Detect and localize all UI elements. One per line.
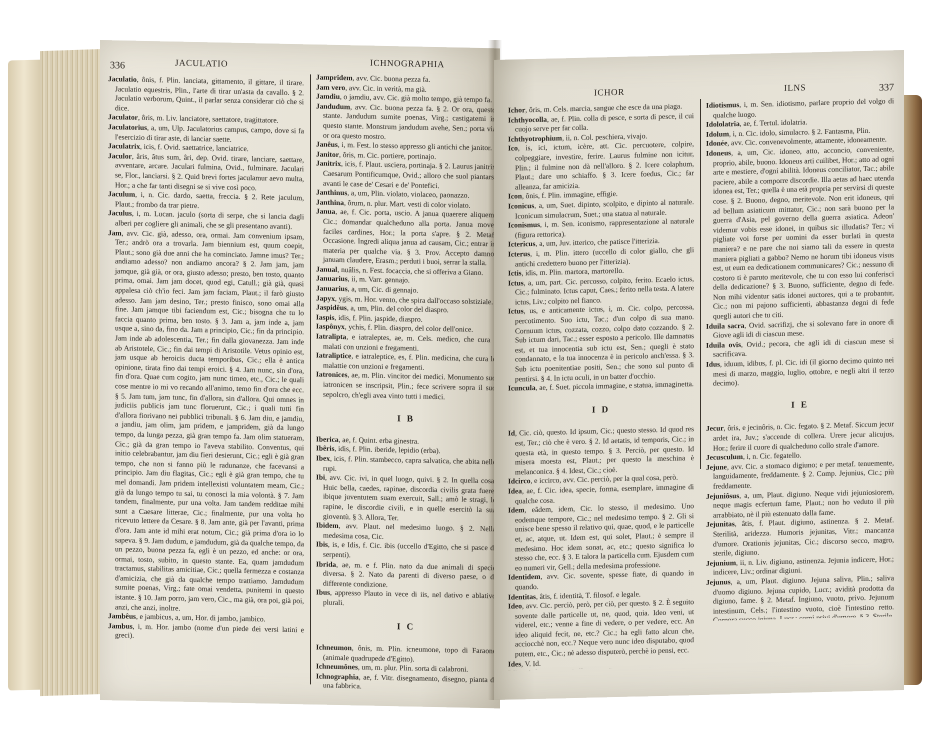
dictionary-column: Ichor, ôris, m. Cels. marcia, sangue che… [508,101,694,671]
section-heading: I E [706,398,894,412]
headword: Janual [316,264,337,273]
headword: Jejunium [706,558,736,568]
open-book-photo: 336 JACULATIO ICHNOGRAPHIA Jaculatio, ôn… [0,0,934,750]
definition: , i, n. Cic. dardo, saetta, freccia. § 2… [115,190,304,210]
headword: Jaculatrix [108,141,140,151]
definition: , ônis, f. Plin. lanciata, gittamento, i… [115,75,304,113]
definition: , a, um, Plaut. digiuno. Jejuna saliva, … [713,573,894,621]
definition: , icis, f. Plaut. usciera, portinaja. § … [323,159,496,189]
definition: , ôris, e jecinôris, n. Cic. fegato. § 2… [713,420,894,453]
headword: Jaspidêus [316,303,347,313]
headword: Idea [508,486,522,495]
headword: Jamdiu [316,92,340,101]
definition: , ae, f. Cic. porta, uscio. A janua quae… [323,207,496,267]
headword: Jam vero [316,82,345,92]
column-rule [310,74,311,684]
left-page: 336 JACULATIO ICHNOGRAPHIA Jaculatio, ôn… [100,40,500,708]
headword: Ichthyocolla [508,114,547,124]
dictionary-entry: Id, Cic. ciò, questo. Id ipsum, Cic.; qu… [508,425,694,478]
headword: Icon [508,192,522,201]
dictionary-column: Idiotismus, i, m. Sen. idiotismo, parlar… [706,96,894,621]
headword: Identidem [508,572,540,582]
running-head: JACULATIO [175,58,228,69]
headword: Iaspônyx [316,322,345,332]
dictionary-entry: Ictus, us, e anticamente ictus, i, m. Ci… [508,303,694,384]
headword: Idem [508,505,524,514]
headword: Iberica [316,434,339,443]
running-head: ICHOR [594,87,625,98]
headword: Janua [316,207,335,216]
definition: , a, um, Plaut. digiuno. Neque vidi jeju… [713,487,894,520]
headword: Ictus [508,278,524,287]
right-page: ICHOR ILNS 337 Ichor, ôris, m. Cels. mar… [494,50,904,700]
headword: Identitas [508,591,536,601]
section-heading: I D [508,403,694,417]
headword: Ibrida [316,559,336,568]
running-head: ICHNOGRAPHIA [370,58,445,70]
headword: Icuncula [508,383,536,393]
headword: Jaculor [108,151,132,160]
definition: , iduum, idibus, f. pl. Cic. idi (il gio… [713,355,894,388]
headword: Iconismus [508,220,540,230]
dictionary-entry: Janitrix, icis, f. Plaut. usciera, porti… [316,159,496,192]
dictionary-entry: Janua, ae, f. Cic. porta, uscio. A janua… [316,207,496,268]
definition: , is, ici, ictum, icère, att. Cic. percu… [515,140,694,192]
headword: Ichor [508,105,525,114]
dictionary-entry: Ico, is, ici, ictum, icère, att. Cic. pe… [508,140,694,193]
headword: Jaculum [108,189,135,199]
page-edges-left [40,49,106,696]
headword: Janthinus [316,188,347,198]
dictionary-entry: Ibrida, ae, m. e f. Plin. nato da due an… [316,559,496,592]
dictionary-entry: Jecur, ôris, e jecinôris, n. Cic. fegato… [706,420,894,453]
definition: , âris, âtus sum, âri, dep. Ovid. tirare… [115,151,304,191]
dictionary-entry: Ichnographia, ae, f. Vitr. disegnamento,… [316,671,496,691]
headword: Jecusculum [706,452,743,462]
headword: Japyx [316,293,335,302]
dictionary-entry: Jandudum, avv. Cic. buona pezza fa. § 2.… [316,101,496,143]
headword: Idiogrâphus [508,668,547,671]
definition: , avv. Cic. perciò, però, per ciò, per q… [515,597,694,658]
headword: Iconicus [508,201,534,211]
headword: Ibêris [316,444,334,453]
headword: Ibex [316,453,330,462]
headword: Ictus [508,307,524,316]
dictionary-entry: Jejunus, a, um, Plaut. digiuno. Jejuna s… [706,573,894,621]
headword: Jecur [706,424,724,433]
definition: , e iatraleptes, ae, m. Cels. medico, ch… [323,332,496,352]
headword: Jambus [108,621,133,631]
definition: , ae, m. Plin. vincitor dei medici. Monu… [323,371,496,401]
headword: Jejunitas [706,519,735,529]
headword: Idiotismus [706,100,739,110]
definition: , ae, m. e f. Plin. nato da due animali … [323,559,496,588]
headword: Id [508,429,515,438]
headword: Jandudum [316,101,350,111]
dictionary-entry: Jejune, avv. Cic. a stomaco digiuno; e p… [706,458,894,491]
headword: Iduila ovis [706,340,741,350]
definition: , is, e Idis, f. Cic. ibis (uccello d'Eg… [323,540,496,559]
headword: Ibidem [316,521,339,530]
headword: Idolum [706,129,729,139]
dictionary-column: Jaculatio, ônis, f. Plin. lanciata, gitt… [108,74,304,678]
dictionary-entry: Jam, avv. Cic. già, adesso, ora, ormai. … [108,228,304,616]
headword: Iatraliptice [316,351,351,361]
headword: Iatralipta [316,332,346,342]
headword: Ictis [508,268,522,277]
dictionary-entry: Jejuniôsus, a, um, Plaut. digiuno. Neque… [706,487,894,520]
dictionary-entry: Idem, eâdem, idem, Cic. lo stesso, il me… [508,501,694,573]
definition: , avv. Cic. già, adesso, ora, ormai. Jam… [115,228,304,612]
dictionary-column: Jampridem, avv. Cic. buona pezza fa.Jam … [316,73,496,692]
headword: Icterus [508,249,530,259]
headword: Ibus [316,588,330,597]
headword: Jaculatio [108,74,137,84]
definition: , a, um, Cic. idoneo, atto, acconcio, co… [713,144,894,321]
definition: , eâdem, idem, Cic. lo stesso, il medesi… [515,501,694,572]
definition: , us, e anticamente ictus, i, m. Cic. co… [515,303,694,384]
headword: Januarius [316,284,348,294]
headword: Iaspis [316,312,335,321]
page-number: 336 [110,60,125,71]
headword: Jejuniôsus [706,491,739,501]
dictionary-entry: Jejunitas, âtis, f. Plaut. digiuno, asti… [706,516,894,559]
headword: Jam [108,228,122,237]
running-head: ILNS [784,82,806,93]
page-number: 337 [879,82,894,93]
headword: Jaculus [108,208,132,217]
headword: Ibi [316,473,325,482]
column-rule [700,99,701,469]
headword: Ichneumônes [316,662,358,672]
dictionary-entry: Iatronices, ae, m. Plin. vincitor dei me… [316,370,496,403]
headword: Ides [508,659,521,668]
headword: Ichneumon [316,643,352,653]
headword: Janthina [316,197,344,207]
headword: Idcirco [508,477,530,487]
definition: , icis, f. Plin. stambecco, capra salvat… [323,454,496,473]
headword: Idus [706,360,720,369]
headword: Ico [508,144,518,153]
headword: Jejune [706,462,727,472]
dictionary-entry: Jaculor, âris, âtus sum, âri, dep. Ovid.… [108,151,304,193]
headword: Ideo [508,601,522,610]
headword: Jambêus [108,611,136,621]
definition: , Cic. ciò, questo. Id ipsum, Cic.; ques… [515,425,694,477]
headword: Janitor [316,149,339,158]
headword: Janêus [316,140,338,149]
definition: , avv. Cic. a stomaco digiuno; e per met… [713,458,894,491]
definition: , appresso Plauto in vece di iis, nel da… [323,588,496,607]
dictionary-entry: Ibus, appresso Plauto in vece di iis, ne… [316,588,496,611]
headword: Jaculatorius [108,122,147,132]
headword: Iatronices [316,370,347,380]
dictionary-entry: Jambus, i, m. Hor. jambo (nome d'un pied… [108,621,304,644]
definition: , ii, m. Varr. gennajo. [348,275,410,285]
headword: Idololatria [706,119,740,129]
headword: Janitrix [316,159,341,169]
dictionary-entry: Jaculatio, ônis, f. Plin. lanciata, gitt… [108,74,304,116]
headword: Jampridem [316,73,353,83]
section-heading: I B [316,413,496,426]
dictionary-entry: Idus, iduum, idibus, f. pl. Cic. idi (il… [706,355,894,388]
definition: , a, um, part. Cic. percosso, colpito, f… [515,274,694,307]
headword: Jejunus [706,577,731,587]
dictionary-entry: Ideo, avv. Cic. perciò, però, per ciò, p… [508,597,694,659]
definition: , âtis, f. Plaut. digiuno, astinenza. § … [713,516,894,558]
definition: , avv. Plaut. nel medesimo luogo. § 2. N… [323,521,496,541]
definition: , avv. Cic. ivi, in quel luogo, quivi. §… [323,473,496,522]
definition: , V. Id. [521,659,541,668]
dictionary-entry: Ictus, a, um, part. Cic. percosso, colpi… [508,274,694,307]
headword: Jaculator [108,113,138,123]
headword: Januarius [316,274,348,284]
section-heading: I C [316,621,496,634]
headword: Ichnographia [316,671,359,681]
dictionary-entry: Idoneus, a, um, Cic. idoneo, atto, accon… [706,144,894,321]
headword: Idoneus [706,148,731,158]
headword: Ictericus [508,239,536,249]
headword: Iduila sacra [706,321,744,331]
headword: Idonée [706,139,727,149]
headword: Ibis [316,540,328,549]
definition: , i, m. Hor. jambo (nome d'un piede dei … [115,622,304,641]
dictionary-entry: Ibi, avv. Cic. ivi, in quel luogo, quivi… [316,473,496,525]
